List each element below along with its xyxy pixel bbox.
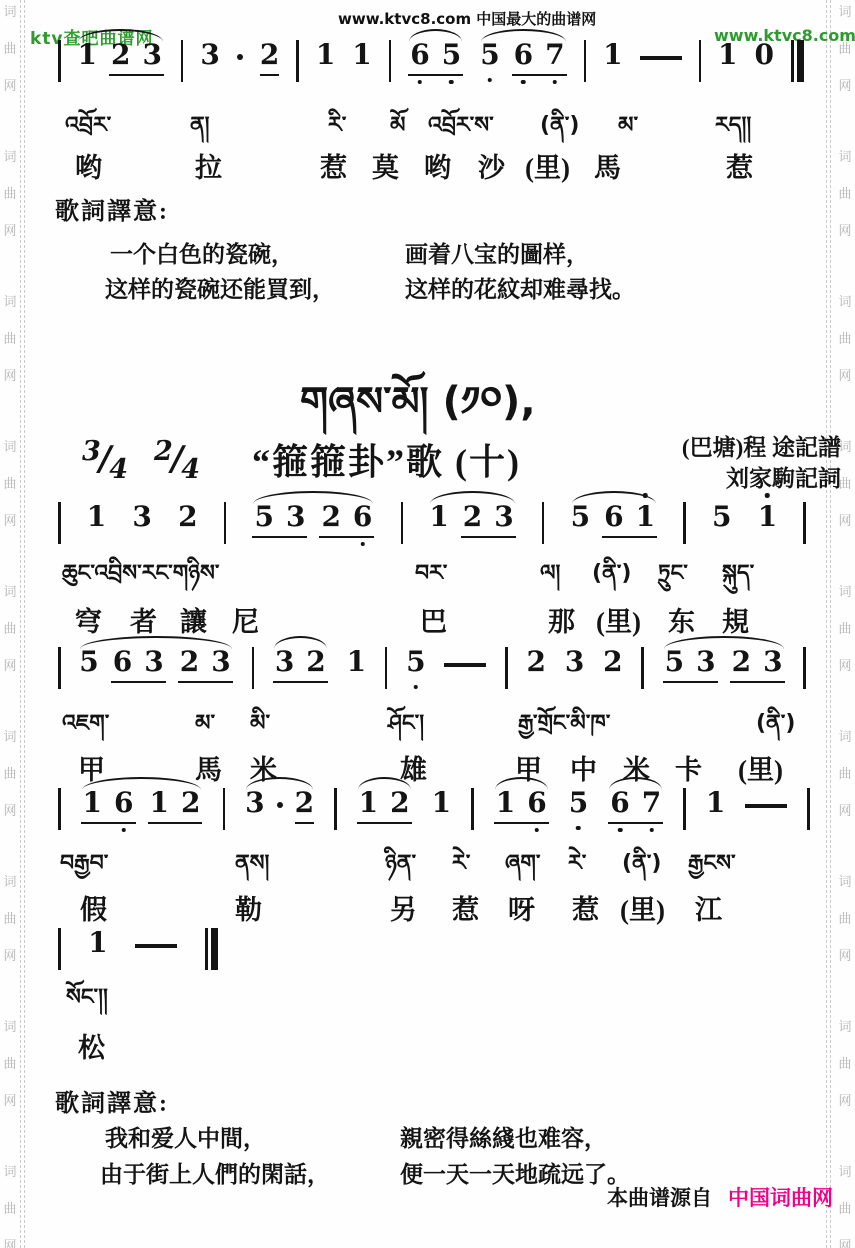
music-note: 2 <box>321 500 340 534</box>
music-note: 6 <box>610 786 629 820</box>
final-barline <box>205 928 218 970</box>
barline <box>224 502 227 544</box>
low-octave-dot <box>418 80 423 85</box>
song-title: “箍箍卦”歌 (十) <box>252 434 521 485</box>
lyric-row: 假勒另惹呀惹(里)江 <box>0 888 855 928</box>
side-watermark-char: 网 <box>838 370 851 383</box>
beamed-note-group: 23 <box>178 645 233 683</box>
translation-verse-line: 親密得絲綫也难容， <box>400 1120 607 1153</box>
lyric-syllable: 哟 <box>75 146 102 185</box>
music-note: 1 <box>150 786 169 820</box>
slur-group: 123 <box>77 38 163 76</box>
music-note: 3 <box>565 645 584 679</box>
time-signature: 3/4 <box>82 438 128 483</box>
music-note: 1 <box>77 38 96 72</box>
lyric-syllable: 米 <box>623 748 650 787</box>
slur-group: 32 <box>245 786 314 824</box>
barline <box>401 502 404 544</box>
beamed-note-group: 12 <box>148 786 203 824</box>
duration-dash <box>640 56 682 60</box>
lyric-syllable: 穹 <box>75 600 102 639</box>
duration-dash <box>745 804 787 808</box>
music-note: 3 <box>245 786 264 820</box>
side-watermark-char: 网 <box>3 805 16 818</box>
side-watermark-char: 词 <box>838 6 851 19</box>
barline <box>641 647 644 689</box>
lyric-syllable: 中 <box>570 748 597 787</box>
beamed-note-group: 32 <box>273 645 328 683</box>
barline <box>699 40 702 82</box>
lyric-syllable: 松 <box>78 1026 105 1065</box>
side-watermark-char: 网 <box>3 225 16 238</box>
lyric-syllable: (里) <box>525 146 570 185</box>
music-note: 1 <box>347 645 366 679</box>
barline <box>58 788 61 830</box>
barline <box>389 40 392 82</box>
footer-source-note: 本曲谱源自 中国词曲网 <box>607 1182 833 1212</box>
barline <box>803 647 806 689</box>
footer-brand: 中国词曲网 <box>728 1182 833 1212</box>
lyric-syllable: 甲 <box>515 748 542 787</box>
side-watermark-char: 词 <box>838 1166 851 1179</box>
barline <box>58 647 61 689</box>
slur-group: 561 <box>571 500 657 538</box>
beamed-note-group: 23 <box>109 38 164 76</box>
low-octave-dot <box>449 80 454 85</box>
lyric-syllable: 那 <box>548 600 575 639</box>
lyric-syllable: 甲 <box>78 748 105 787</box>
beamed-note-group: 53 <box>252 500 307 538</box>
side-watermark-char: 网 <box>838 225 851 238</box>
side-watermark-char: 网 <box>838 80 851 93</box>
lyric-syllable: 惹 <box>320 146 347 185</box>
music-note: 5 <box>569 786 588 820</box>
low-octave-dot <box>488 78 493 83</box>
slur-group: 5326 <box>252 500 374 538</box>
lyric-syllable: 江 <box>695 888 722 927</box>
music-note: 2 <box>260 38 279 76</box>
lyric-syllable: 卡 <box>675 748 702 787</box>
side-watermark-char: 网 <box>3 1095 16 1108</box>
lyric-syllable: 东 <box>668 600 695 639</box>
tibetan-text-row: སོང་།། <box>0 972 855 1018</box>
lyric-syllable: (里) <box>738 748 783 787</box>
duration-dash <box>135 944 177 948</box>
side-watermark-char: 曲 <box>838 1203 851 1216</box>
side-watermark-char: 网 <box>3 370 16 383</box>
side-watermark-char: 词 <box>3 296 16 309</box>
side-watermark-char: 网 <box>838 1240 851 1248</box>
low-octave-dot <box>618 828 623 833</box>
credit-transcriber: (巴塘)程 途記譜 <box>682 432 841 463</box>
low-octave-dot <box>553 80 558 85</box>
slur-group: 32 <box>273 645 328 683</box>
lyric-syllable: 米 <box>250 748 277 787</box>
low-octave-dot <box>414 685 419 690</box>
music-note: 2 <box>732 645 751 679</box>
music-note: 5 <box>480 38 499 72</box>
music-note: 1 <box>496 786 515 820</box>
slur-group: 16 <box>494 786 549 824</box>
barline <box>505 647 508 689</box>
augmentation-dot <box>237 54 243 60</box>
music-note: 2 <box>463 500 482 534</box>
barline <box>385 647 388 689</box>
high-octave-dot <box>643 493 648 498</box>
music-note: 1 <box>316 38 335 72</box>
side-watermark-char: 曲 <box>3 188 16 201</box>
lyric-syllable: 巴 <box>420 600 447 639</box>
side-watermark-char: 网 <box>3 1240 16 1248</box>
low-octave-dot <box>649 828 654 833</box>
music-note: 1 <box>88 926 107 960</box>
tibetan-text-row: ཆུང་འབྲིས་རང་གཉིས་བར་ལ།(ནི་)ཏྲུང་སྐུད་ <box>0 548 855 594</box>
beamed-note-group: 65 <box>408 38 463 76</box>
music-note: 1 <box>429 500 448 534</box>
time-signature-denominator: 4 <box>109 456 128 483</box>
slur-group: 56323 <box>79 645 232 683</box>
music-note: 7 <box>545 38 564 72</box>
low-octave-dot <box>360 542 365 547</box>
beamed-note-group: 63 <box>111 645 166 683</box>
music-note: 3 <box>200 38 219 72</box>
translation-verse-line: 这样的花紋却难尋找。 <box>405 271 635 304</box>
music-note: 6 <box>114 786 133 820</box>
side-watermark-char: 词 <box>3 1166 16 1179</box>
lyric-syllable: 惹 <box>452 888 479 927</box>
beamed-note-group: 12 <box>357 786 412 824</box>
music-note: 2 <box>603 645 622 679</box>
music-note: 5 <box>571 500 590 534</box>
lyric-row: 穹者讓尼巴那(里)东規 <box>0 600 855 640</box>
beamed-note-group: 67 <box>512 38 567 76</box>
slur-group: 67 <box>608 786 663 824</box>
beamed-note-group: 16 <box>494 786 549 824</box>
side-watermark-char: 网 <box>838 660 851 673</box>
barline <box>181 40 184 82</box>
sheet-music-page: 词曲网词曲网词曲网词曲网词曲网词曲网词曲网词曲网词曲网 词曲网词曲网词曲网词曲网… <box>0 0 855 1248</box>
music-note: 1 <box>359 786 378 820</box>
tibetan-word: སོང་།། <box>66 972 108 1034</box>
music-note: 3 <box>132 500 151 534</box>
lyric-syllable: 惹 <box>572 888 599 927</box>
music-note: 2 <box>180 645 199 679</box>
lyric-syllable: 規 <box>722 600 749 639</box>
side-watermark-char: 网 <box>3 80 16 93</box>
music-note: 0 <box>755 38 774 72</box>
music-line: 123321165567110 <box>58 38 804 100</box>
side-watermark-char: 曲 <box>3 478 16 491</box>
music-note: 6 <box>604 500 623 534</box>
music-note: 1 <box>87 500 106 534</box>
side-watermark-char: 词 <box>3 441 16 454</box>
music-note: 2 <box>306 645 325 679</box>
barline <box>58 928 61 970</box>
time-signature-denominator: 4 <box>181 456 200 483</box>
low-octave-dot <box>535 828 540 833</box>
beamed-note-group: 23 <box>461 500 516 538</box>
barline <box>542 502 545 544</box>
side-watermark-char: 曲 <box>3 1203 16 1216</box>
beamed-note-group: 26 <box>319 500 374 538</box>
side-watermark-char: 网 <box>3 515 16 528</box>
music-note: 3 <box>142 38 161 72</box>
tibetan-text-row: འབྲོར་ན།རི་མོའབྲོར་ས་(ནི་)མ་རད།། <box>0 100 855 146</box>
lyric-syllable: 假 <box>80 888 107 927</box>
music-note: 2 <box>390 786 409 820</box>
music-note: 3 <box>763 645 782 679</box>
side-watermark-char: 网 <box>3 950 16 963</box>
beamed-note-group: 16 <box>81 786 136 824</box>
side-watermark-char: 网 <box>3 660 16 673</box>
side-watermark-char: 网 <box>838 950 851 963</box>
lyric-row: 甲馬米雄甲中米卡(里) <box>0 748 855 788</box>
barline <box>58 502 61 544</box>
slur-group: 1612 <box>81 786 203 824</box>
slur-group: 65 <box>408 38 463 76</box>
side-watermark-char: 曲 <box>838 188 851 201</box>
lyric-syllable: 拉 <box>195 146 222 185</box>
credits-block: (巴塘)程 途記譜 刘家駒記詞 <box>682 432 841 494</box>
slur-group: 5323 <box>663 645 785 683</box>
music-note: 6 <box>353 500 372 534</box>
translation-verse-line: 由于街上人們的閑話， <box>100 1156 330 1189</box>
barline <box>803 502 806 544</box>
barline <box>471 788 474 830</box>
music-note: 6 <box>514 38 533 72</box>
slur-group: 12 <box>357 786 412 824</box>
music-note: 1 <box>758 500 777 534</box>
tibetan-text-row: འཇག་མ་མི་ཤོང་།རྒྱ་གྲོང་མི་ཁ་(ནི་) <box>0 698 855 744</box>
lyric-syllable: 惹 <box>726 146 753 185</box>
music-note: 2 <box>527 645 546 679</box>
music-note: 5 <box>712 500 731 534</box>
low-octave-dot <box>122 828 127 833</box>
music-note: 5 <box>254 500 273 534</box>
music-note: 1 <box>706 786 725 820</box>
music-note: 2 <box>181 786 200 820</box>
lyric-syllable: 另 <box>390 888 417 927</box>
music-note: 6 <box>113 645 132 679</box>
music-note: 1 <box>83 786 102 820</box>
side-watermark-char: 词 <box>3 6 16 19</box>
side-watermark-char: 词 <box>838 296 851 309</box>
slur-group: 123 <box>429 500 515 538</box>
lyric-syllable: 尼 <box>232 600 259 639</box>
music-note: 3 <box>696 645 715 679</box>
side-watermark-char: 曲 <box>3 333 16 346</box>
music-note: 6 <box>410 38 429 72</box>
music-note: 3 <box>144 645 163 679</box>
beamed-note-group: 53 <box>663 645 718 683</box>
lyric-syllable: 讓 <box>180 600 207 639</box>
translation-verse-line: 画着八宝的圖样， <box>405 236 589 269</box>
lyric-row: 哟拉惹莫哟沙(里)馬惹 <box>0 146 855 186</box>
side-watermark-char: 曲 <box>838 333 851 346</box>
tibetan-text-row: བརྒྱབ་ནས།ཉིན་རེ་ཞག་རེ་(ནི་)རྒྱངས་ <box>0 838 855 884</box>
side-watermark-char: 网 <box>838 1095 851 1108</box>
lyric-syllable: 雄 <box>400 748 427 787</box>
music-note: 3 <box>286 500 305 534</box>
barline <box>683 502 686 544</box>
barline <box>807 788 810 830</box>
lyric-syllable: 呀 <box>508 888 535 927</box>
slur-group: 567 <box>480 38 566 76</box>
music-note: 6 <box>527 786 546 820</box>
low-octave-dot <box>521 80 526 85</box>
credit-lyricist: 刘家駒記詞 <box>682 463 841 494</box>
music-note: 5 <box>79 645 98 679</box>
music-note: 5 <box>442 38 461 72</box>
lyric-syllable: 馬 <box>195 748 222 787</box>
music-note: 3 <box>494 500 513 534</box>
beamed-note-group: 23 <box>730 645 785 683</box>
translation-verse-line: 这样的瓷碗还能買到， <box>105 271 335 304</box>
translation-verse-line: 我和爱人中間， <box>105 1120 266 1153</box>
music-note: 1 <box>603 38 622 72</box>
side-watermark-char: 网 <box>838 515 851 528</box>
lyric-row: 松 <box>0 1026 855 1066</box>
beamed-note-group: 67 <box>608 786 663 824</box>
barline <box>223 788 226 830</box>
barline <box>584 40 587 82</box>
time-signatures: 3/42/4 <box>82 438 200 483</box>
low-octave-dot <box>576 826 581 831</box>
lyric-syllable: 哟 <box>424 146 451 185</box>
barline <box>252 647 255 689</box>
music-note: 1 <box>432 786 451 820</box>
lyric-syllable: (里) <box>596 600 641 639</box>
music-note: 3 <box>211 645 230 679</box>
music-note: 2 <box>111 38 130 72</box>
lyric-syllable: 莫 <box>372 146 399 185</box>
lyric-syllable: 馬 <box>594 146 621 185</box>
lyric-syllable: 勒 <box>235 888 262 927</box>
translation-verse-line: 便一天一天地疏远了。 <box>400 1156 630 1189</box>
side-watermark-char: 曲 <box>3 43 16 56</box>
music-note: 7 <box>642 786 661 820</box>
music-note: 2 <box>178 500 197 534</box>
translation-heading-2: 歌詞譯意: <box>55 1083 169 1118</box>
side-watermark-char: 网 <box>838 805 851 818</box>
music-note: 1 <box>636 500 655 534</box>
duration-dash <box>444 663 486 667</box>
barline <box>296 40 299 82</box>
music-note: 3 <box>275 645 294 679</box>
music-note: 5 <box>406 645 425 679</box>
high-octave-dot <box>765 493 770 498</box>
beamed-note-group: 61 <box>602 500 657 538</box>
barline <box>58 40 61 82</box>
lyric-syllable: (里) <box>620 888 665 927</box>
music-note: 5 <box>665 645 684 679</box>
watermark-site-url-center: www.ktvc8.com 中国最大的曲谱网 <box>338 8 596 29</box>
lyric-syllable: 者 <box>130 600 157 639</box>
augmentation-dot <box>277 802 283 808</box>
translation-verse-line: 一个白色的瓷碗， <box>110 236 294 269</box>
final-barline <box>791 40 804 82</box>
lyric-syllable: 沙 <box>478 146 505 185</box>
time-signature: 2/4 <box>154 438 200 483</box>
barline <box>334 788 337 830</box>
music-note: 1 <box>352 38 371 72</box>
translation-heading-1: 歌詞譯意: <box>55 191 169 226</box>
barline <box>683 788 686 830</box>
music-note: 2 <box>295 786 314 824</box>
music-note: 1 <box>718 38 737 72</box>
